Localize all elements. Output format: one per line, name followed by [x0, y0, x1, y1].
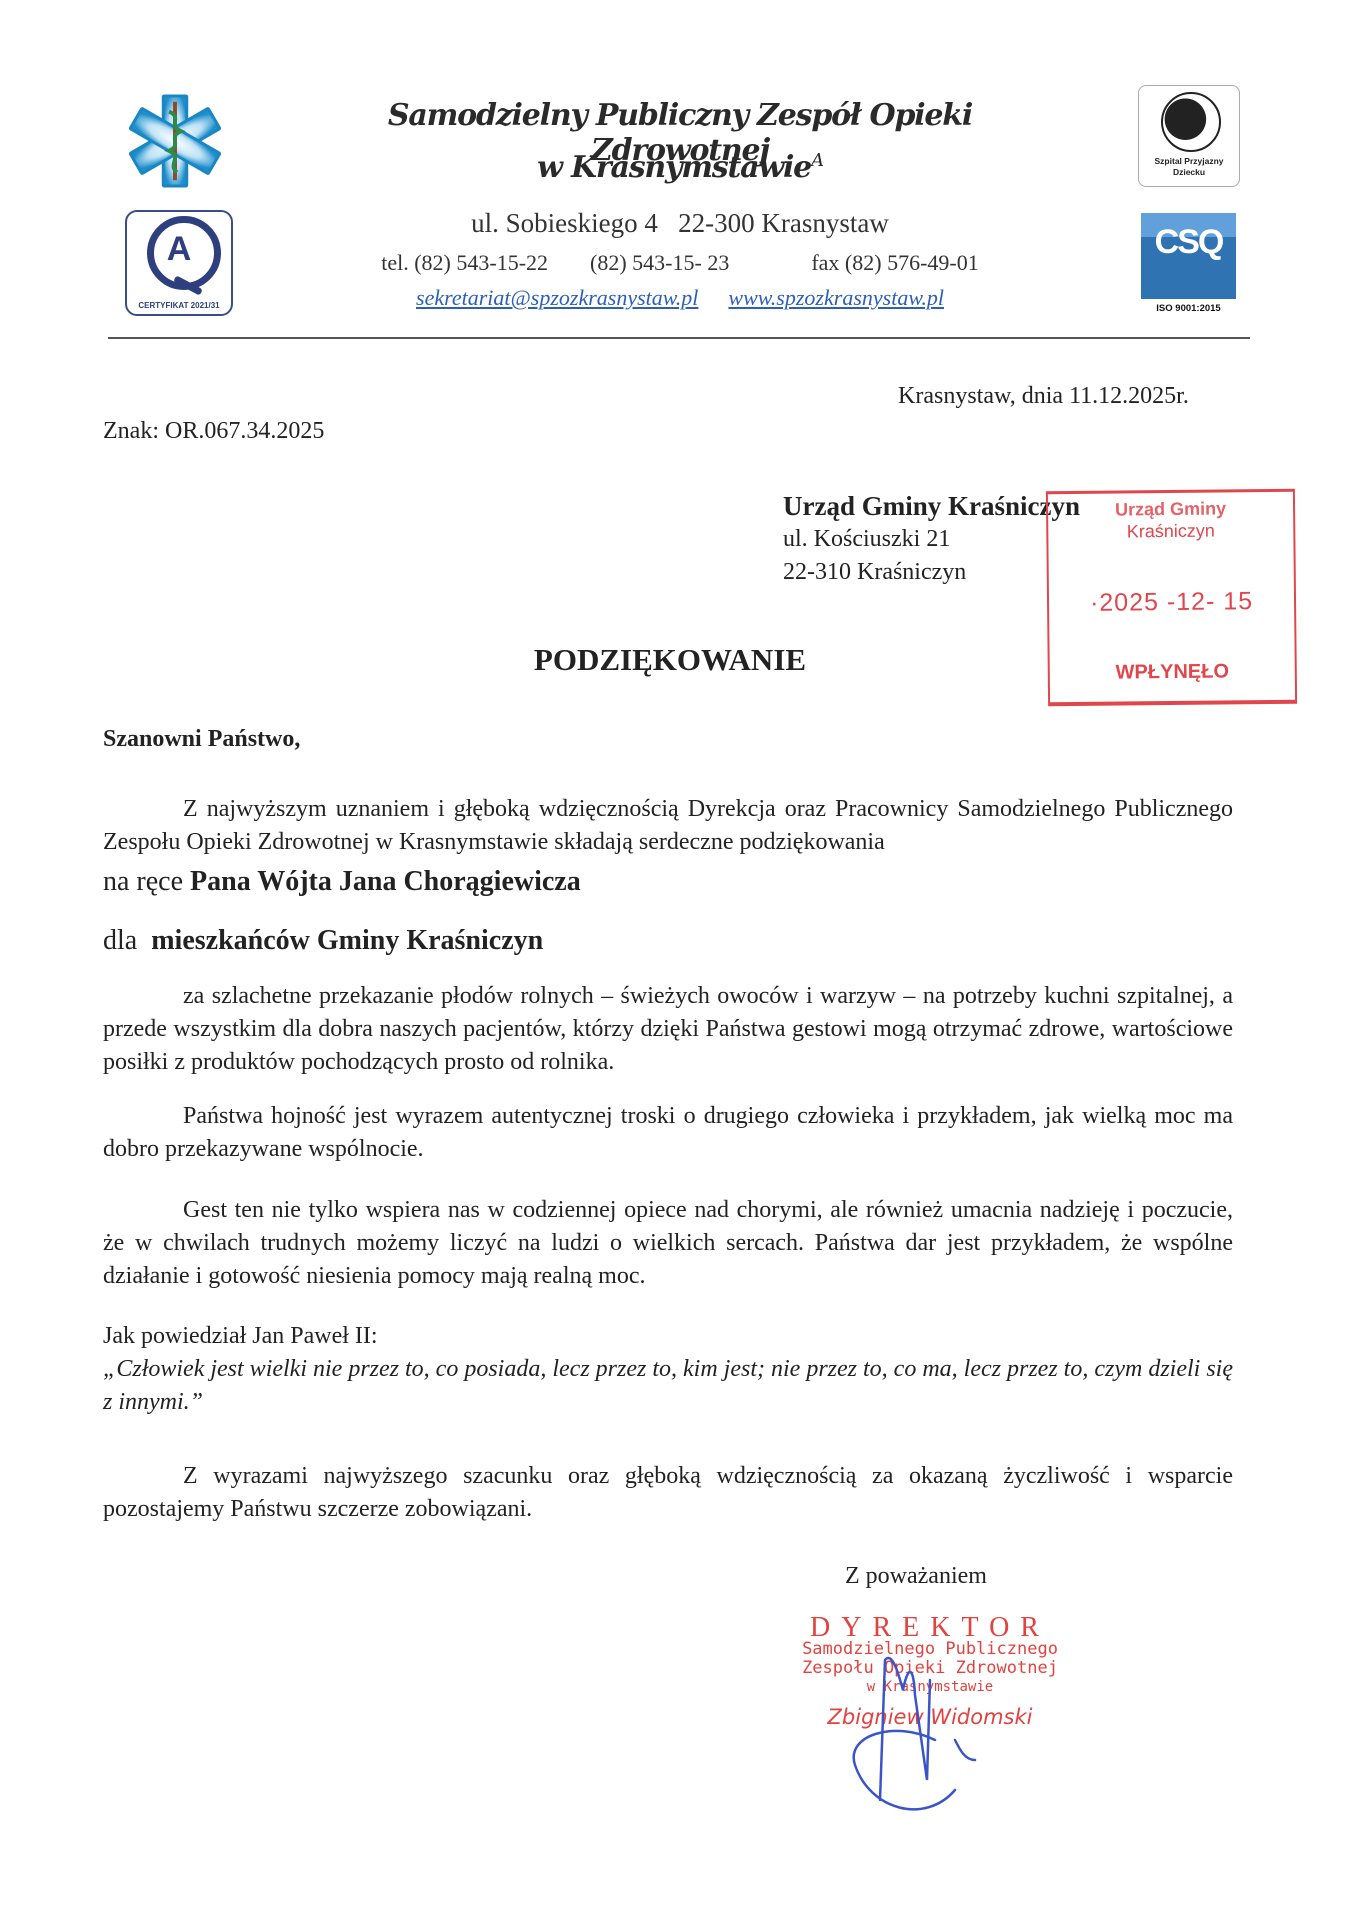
website-link[interactable]: www.spzozkrasnystaw.pl: [728, 285, 944, 311]
iso-label: ISO 9001:2015: [1141, 303, 1236, 314]
paragraph-5: Z wyrazami najwyższego szacunku oraz głę…: [103, 1460, 1233, 1526]
fax: fax (82) 576-49-01: [811, 250, 978, 276]
organization-city: w KrasnymstawieA: [300, 150, 1060, 185]
quote-intro: Jak powiedział Jan Paweł II:: [103, 1320, 1233, 1353]
baby-friendly-label-2: Dziecku: [1139, 167, 1239, 178]
paragraph-3: Państwa hojność jest wyrazem autentyczne…: [103, 1100, 1233, 1166]
star-of-life-icon: [125, 92, 225, 190]
paragraph-4: Gest ten nie tylko wspiera nas w codzien…: [103, 1194, 1233, 1293]
hands-prefix: na ręce: [103, 866, 190, 897]
letter-title: PODZIĘKOWANIE: [0, 642, 1340, 678]
email-link[interactable]: sekretariat@spzozkrasnystaw.pl: [416, 285, 698, 311]
recipient-city: 22-310 Kraśniczyn: [783, 559, 966, 586]
organization-phones: tel. (82) 543-15-22 (82) 543-15- 23 fax …: [300, 250, 1060, 276]
thanks-residents-line: dla mieszkańców Gminy Kraśniczyn: [103, 925, 543, 957]
paragraph-4-text: Gest ten nie tylko wspiera nas w codzien…: [103, 1197, 1233, 1289]
handwritten-signature: [815, 1620, 1015, 1820]
organization-links: sekretariat@spzozkrasnystaw.pl www.spzoz…: [300, 285, 1060, 311]
thanks-recipient-line: na ręce Pana Wójta Jana Chorągiewicza: [103, 866, 581, 898]
certificate-label: CERTYFIKAT 2021/31: [127, 301, 231, 310]
csq-label: CSQ: [1141, 223, 1236, 262]
quality-letter: A: [127, 230, 231, 269]
stamp-town: Kraśniczyn: [1048, 520, 1293, 544]
quality-certificate-logo: A CERTYFIKAT 2021/31: [125, 210, 233, 316]
phone-1: tel. (82) 543-15-22: [381, 250, 548, 276]
recipient-name: Urząd Gminy Kraśniczyn: [783, 491, 1080, 522]
paragraph-3-text: Państwa hojność jest wyrazem autentyczne…: [103, 1103, 1233, 1162]
mayor-name: Pana Wójta Jana Chorągiewicza: [190, 866, 581, 897]
globe-mother-child-icon: [1161, 92, 1221, 152]
header-divider: [108, 337, 1250, 339]
paragraph-2-text: za szlachetne przekazanie płodów rolnych…: [103, 983, 1233, 1075]
paragraph-2: za szlachetne przekazanie płodów rolnych…: [103, 980, 1233, 1079]
csq-logo: CSQ: [1141, 213, 1236, 299]
organization-city-sup: A: [811, 150, 823, 171]
reference-number: Znak: OR.067.34.2025: [103, 418, 324, 445]
phone-2: (82) 543-15- 23: [590, 250, 729, 276]
baby-friendly-label-1: Szpital Przyjazny: [1139, 156, 1239, 167]
recipient-street: ul. Kościuszki 21: [783, 526, 950, 553]
stamp-date: ·2025 -12- 15: [1049, 587, 1294, 619]
organization-address: ul. Sobieskiego 4 22-300 Krasnystaw: [300, 208, 1060, 239]
quote: „Człowiek jest wielki nie przez to, co p…: [103, 1353, 1233, 1419]
paragraph-1-text: Z najwyższym uznaniem i głęboką wdzięczn…: [103, 796, 1233, 855]
paragraph-1: Z najwyższym uznaniem i głęboką wdzięczn…: [103, 793, 1233, 859]
paragraph-5-text: Z wyrazami najwyższego szacunku oraz głę…: [103, 1463, 1233, 1522]
letter-date: Krasnystaw, dnia 11.12.2025r.: [898, 383, 1189, 410]
for-prefix: dla: [103, 925, 151, 956]
organization-city-text: w Krasnymstawie: [537, 150, 811, 185]
residents-name: mieszkańców Gminy Kraśniczyn: [151, 925, 543, 956]
salutation: Szanowni Państwo,: [103, 726, 300, 753]
closing: Z poważaniem: [845, 1563, 987, 1590]
stamp-office: Urząd Gminy: [1048, 498, 1293, 522]
baby-friendly-hospital-logo: Szpital Przyjazny Dziecku: [1138, 85, 1240, 187]
